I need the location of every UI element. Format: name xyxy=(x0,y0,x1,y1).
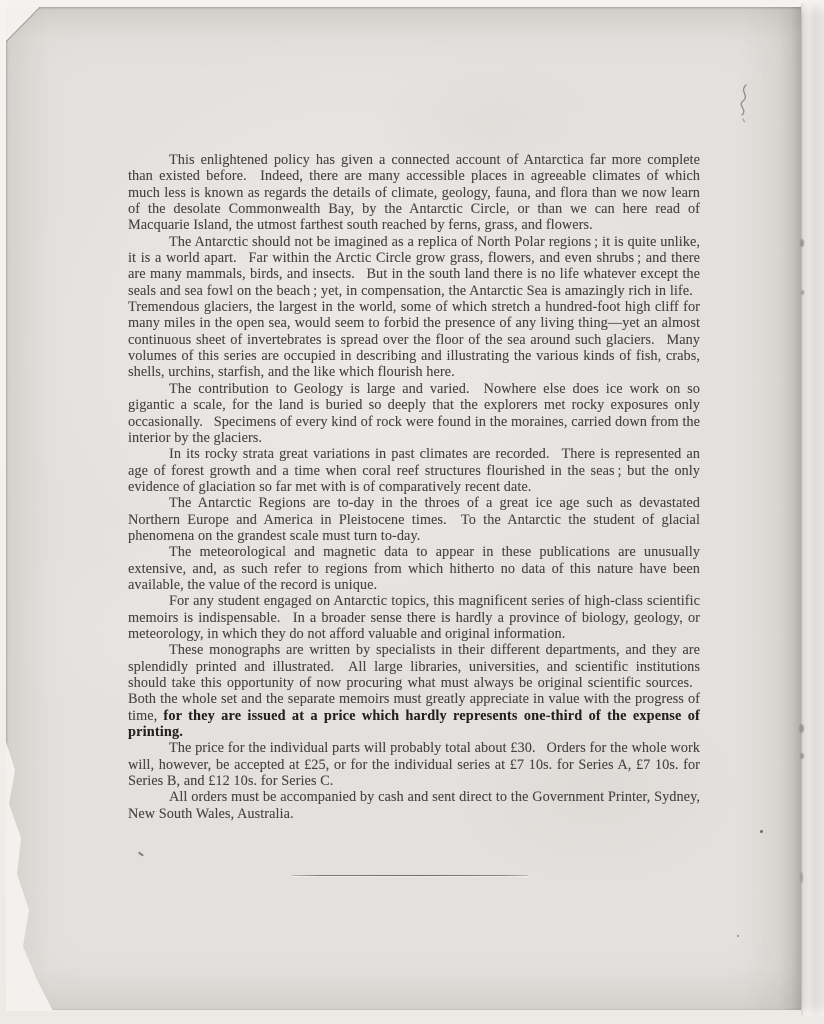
adjacent-page-edge xyxy=(801,3,824,1016)
body-text: This enlightened policy has given a conn… xyxy=(128,152,700,822)
crease-nick xyxy=(801,290,804,295)
paragraph: The Antarctic Regions are to-day in the … xyxy=(128,495,700,544)
bold-price-note: for they are issued at a price which har… xyxy=(128,708,700,740)
ink-speck xyxy=(760,830,763,833)
binding-fold-shadow xyxy=(779,7,801,1010)
ink-speck xyxy=(737,935,739,937)
section-divider-rule xyxy=(292,875,528,876)
crease-nick xyxy=(800,753,804,759)
crease-nick xyxy=(800,872,803,883)
paragraph: In its rocky strata great variations in … xyxy=(128,446,700,495)
paragraph: This enlightened policy has given a conn… xyxy=(128,152,700,234)
crease-nick xyxy=(800,239,804,247)
paragraph: These monographs are written by speciali… xyxy=(128,642,700,740)
scanned-page-photo: This enlightened policy has given a conn… xyxy=(0,0,824,1024)
crease-nick xyxy=(799,724,804,733)
paragraph: All orders must be accompanied by cash a… xyxy=(128,789,700,822)
ink-squiggle-mark xyxy=(734,82,756,126)
paragraph: For any student engaged on Antarctic top… xyxy=(128,593,700,642)
paragraph: The Antarctic should not be imagined as … xyxy=(128,234,700,381)
paragraph: The price for the individual parts will … xyxy=(128,740,700,789)
paragraph: The meteorological and magnetic data to … xyxy=(128,544,700,593)
paragraph: The contribution to Geology is large and… xyxy=(128,381,700,446)
